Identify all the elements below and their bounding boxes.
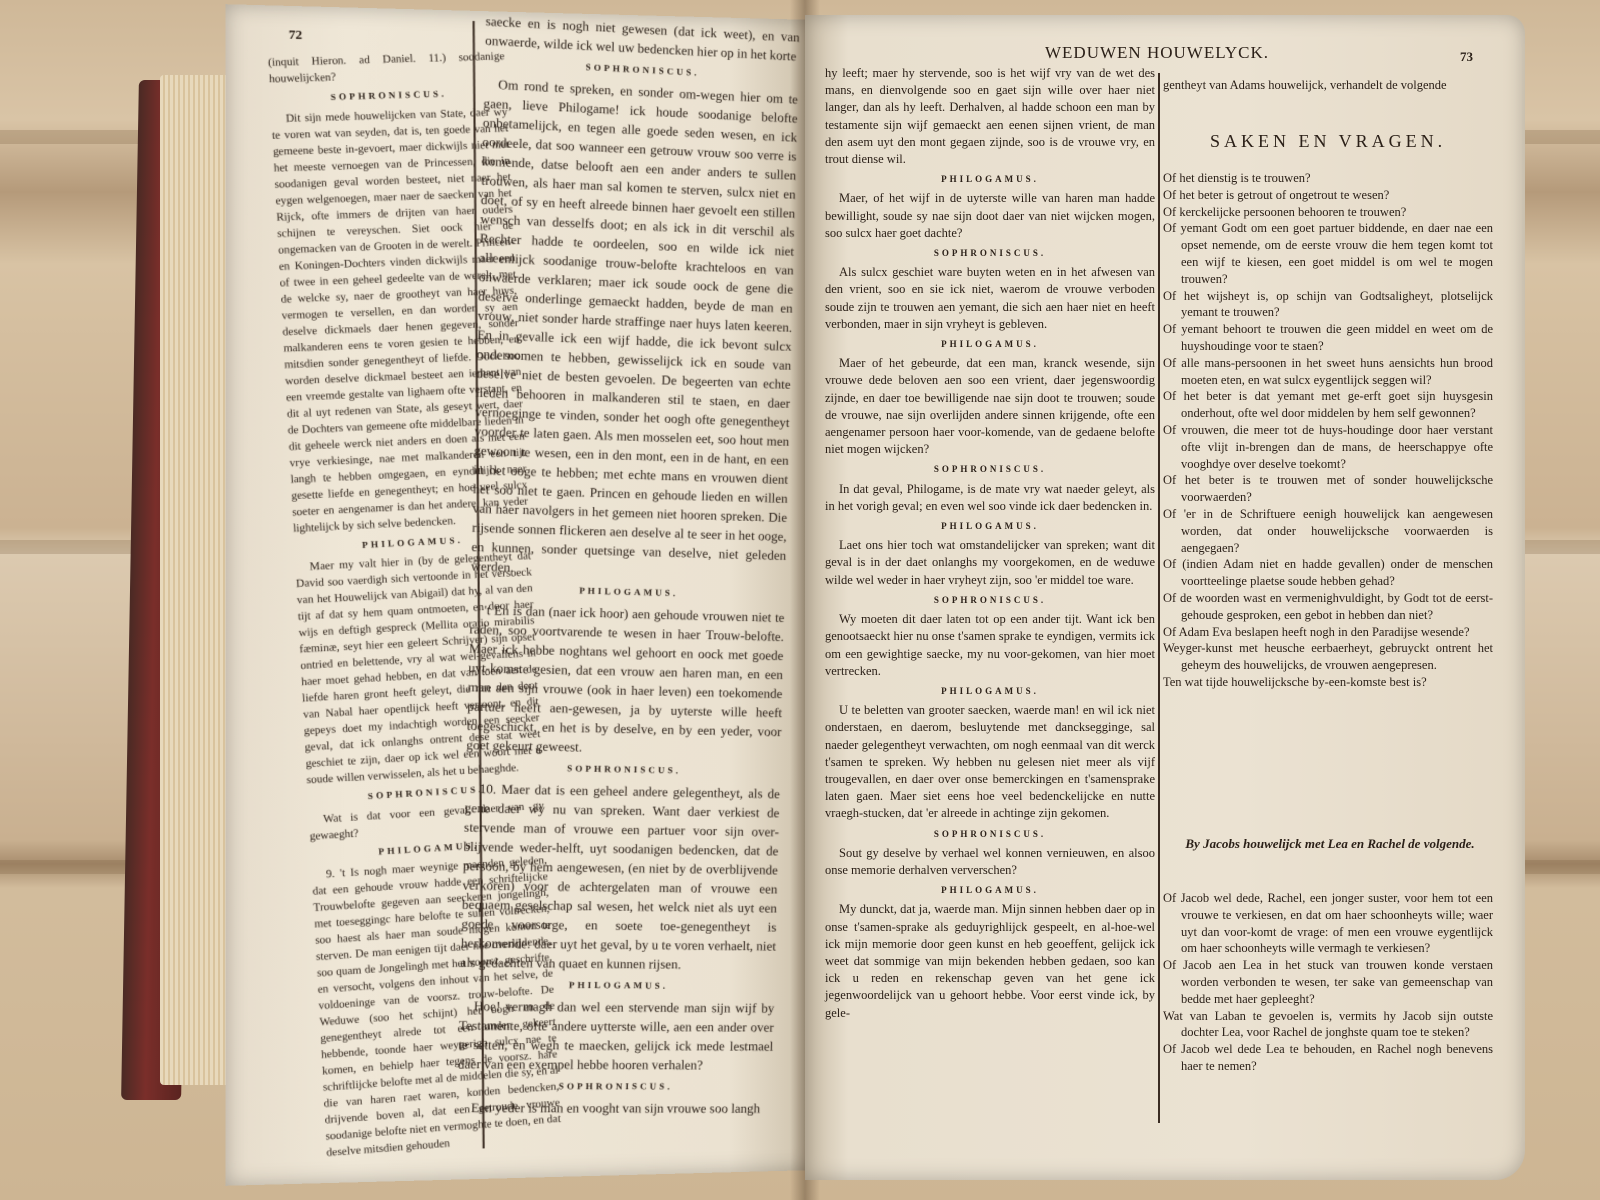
text-block: 't En is dan (naer ick hoor) aen gehoude… — [466, 600, 785, 760]
question-item: Of het beter is getrout of ongetrout te … — [1163, 187, 1493, 204]
question-item: Of het beter is te trouwen met of sonder… — [1163, 472, 1493, 506]
right-page-column-2: gentheyt van Adams houwelijck, verhandel… — [1163, 77, 1493, 94]
text-block: Maer of het gebeurde, dat een man, kranc… — [825, 355, 1155, 458]
question-item: Of kerckelijcke persoonen behooren te tr… — [1163, 204, 1493, 221]
text-block: Wy moeten dit daer laten tot op een ande… — [825, 611, 1155, 680]
right-page-number: 73 — [1460, 49, 1473, 65]
text-block: Hoe! vermagh dan wel een stervende man s… — [458, 996, 775, 1074]
speaker-label: SOPHRONISCUS. — [825, 826, 1155, 843]
question-item: Of Jacob wel dede Lea te behouden, en Ra… — [1163, 1041, 1493, 1075]
subheading: By Jacobs houwelijck met Lea en Rachel d… — [1180, 835, 1480, 852]
question-item: Wat van Laban te gevoelen is, vermits hy… — [1163, 1008, 1493, 1042]
running-head: WEDUWEN HOUWELYCK. — [1045, 43, 1269, 63]
text-block: Sout gy deselve by verhael wel konnen ve… — [825, 845, 1155, 879]
text-block: In dat geval, Philogame, is de mate vry … — [825, 481, 1155, 515]
speaker-label: PHILOGAMUS. — [825, 518, 1155, 535]
text-block: Laet ons hier toch wat omstandelijcker v… — [825, 537, 1155, 589]
question-item: Of vrouwen, die meer tot de huys-houding… — [1163, 422, 1493, 472]
speaker-label: PHILOGAMUS. — [825, 336, 1155, 353]
questions-list-2: Of Jacob wel dede, Rachel, een jonger su… — [1163, 890, 1493, 1075]
question-item: Of alle mans-persoonen in het sweet huns… — [1163, 355, 1493, 389]
question-item: Ten wat tijde houwelijcksche by-een-koms… — [1163, 674, 1493, 691]
speaker-label: PHILOGAMUS. — [825, 171, 1155, 188]
speaker-label: PHILOGAMUS. — [825, 882, 1155, 899]
questions-list-1: Of het dienstig is te trouwen? Of het be… — [1163, 170, 1493, 691]
text-block: (inquit Hieron. ad Daniel. 11.) soodanig… — [268, 48, 506, 87]
right-page-column-1: hy leeft; maer hy stervende, soo is het … — [825, 65, 1155, 1022]
intro-text: gentheyt van Adams houwelijck, verhandel… — [1163, 77, 1493, 94]
text-block: Een yeder is man en vooght van sijn vrou… — [456, 1098, 771, 1118]
section-title: SAKEN EN VRAGEN. — [1210, 131, 1446, 152]
question-item: Weyger-kunst met heusche eerbaerheyt, ge… — [1163, 640, 1493, 674]
text-block: U te beletten van grooter saecken, waerd… — [825, 702, 1155, 822]
text-block: hy leeft; maer hy stervende, soo is het … — [825, 65, 1155, 168]
text-block: Als sulcx geschiet ware buyten weten en … — [825, 264, 1155, 333]
text-block: Om rond te spreken, en sonder om-wegen h… — [471, 74, 798, 584]
text-block: My dunckt, dat ja, waerde man. Mijn sinn… — [825, 901, 1155, 1021]
left-page-column-2: saecke en is nogh niet gewesen (dat ick … — [456, 11, 799, 1118]
speaker-label: SOPHRONISCUS. — [825, 592, 1155, 609]
question-item: Of de woorden wast en vermenighvuldight,… — [1163, 590, 1493, 624]
left-page-number: 72 — [289, 26, 303, 43]
column-divider — [1158, 73, 1160, 1123]
question-item: Of Adam Eva beslapen heeft nogh in den P… — [1163, 624, 1493, 641]
left-page: 72 (inquit Hieron. ad Daniel. 11.) sooda… — [226, 4, 815, 1186]
right-page: WEDUWEN HOUWELYCK. 73 hy leeft; maer hy … — [805, 15, 1525, 1180]
speaker-label: PHILOGAMUS. — [460, 975, 775, 997]
question-item: Of (indien Adam niet en hadde gevallen) … — [1163, 556, 1493, 590]
question-item: Of Jacob aen Lea in het stuck van trouwe… — [1163, 957, 1493, 1007]
question-item: Of het beter is dat yemant met ge-erft g… — [1163, 388, 1493, 422]
speaker-label: SOPHRONISCUS. — [457, 1077, 772, 1097]
question-item: Of het wijsheyt is, op schijn van Godtsa… — [1163, 288, 1493, 322]
speaker-label: SOPHRONISCUS. — [825, 461, 1155, 478]
text-block: 10. Maer dat is een geheel andere gelege… — [460, 779, 780, 975]
question-item: Of het dienstig is te trouwen? — [1163, 170, 1493, 187]
text-block: Maer, of het wijf in de uyterste wille v… — [825, 190, 1155, 242]
speaker-label: PHILOGAMUS. — [825, 683, 1155, 700]
question-item: Of Jacob wel dede, Rachel, een jonger su… — [1163, 890, 1493, 957]
question-item: Of yemant Godt om een goet partuer bidde… — [1163, 220, 1493, 287]
speaker-label: SOPHRONISCUS. — [825, 245, 1155, 262]
speaker-label: SOPHRONISCUS. — [465, 757, 780, 782]
question-item: Of yemant behoort te trouwen die geen mi… — [1163, 321, 1493, 355]
question-item: Of 'er in de Schriftuere eenigh houwelij… — [1163, 506, 1493, 556]
